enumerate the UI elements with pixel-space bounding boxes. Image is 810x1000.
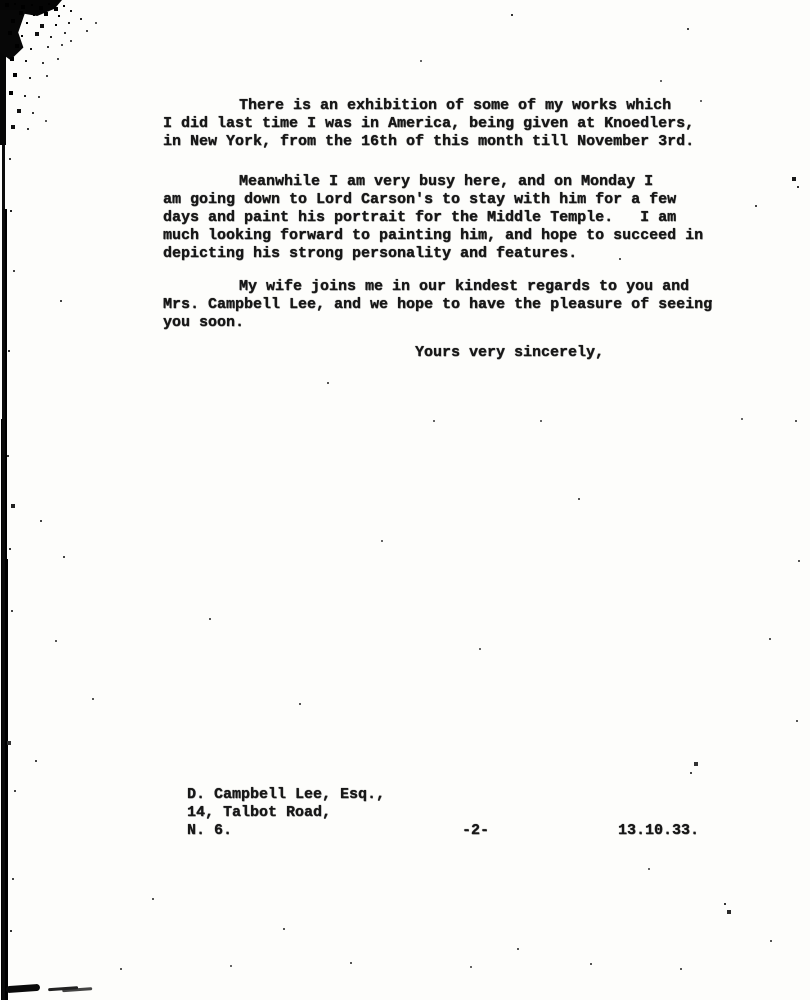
letter-paragraph: Meanwhile I am very busy here, and on Mo… bbox=[163, 173, 743, 263]
address-line: D. Campbell Lee, Esq., bbox=[187, 786, 385, 804]
letter-line: depicting his strong personality and fea… bbox=[163, 245, 743, 263]
address-line: 14, Talbot Road, bbox=[187, 804, 385, 822]
address-line: N. 6. bbox=[187, 822, 385, 840]
corner-ink-blot bbox=[0, 10, 26, 60]
letter-closing: Yours very sincerely, bbox=[163, 344, 743, 362]
letter-paragraph: My wife joins me in our kindest regards … bbox=[163, 278, 743, 332]
letter-paragraph: There is an exhibition of some of my wor… bbox=[163, 97, 743, 151]
recipient-address: D. Campbell Lee, Esq., 14, Talbot Road, … bbox=[187, 786, 385, 840]
letter-line: days and paint his portrait for the Midd… bbox=[163, 209, 743, 227]
date-stamp: 13.10.33. bbox=[618, 822, 699, 839]
letter-line: am going down to Lord Carson's to stay w… bbox=[163, 191, 743, 209]
scan-edge-line bbox=[2, 0, 5, 1000]
paper-noise-speckles bbox=[0, 0, 2, 2]
letter-line: Meanwhile I am very busy here, and on Mo… bbox=[163, 173, 743, 191]
letter-body: There is an exhibition of some of my wor… bbox=[163, 97, 743, 362]
letter-line: much looking forward to painting him, an… bbox=[163, 227, 743, 245]
letter-line: in New York, from the 16th of this month… bbox=[163, 133, 743, 151]
bottom-edge-blot bbox=[6, 984, 40, 993]
scanned-letter-page: There is an exhibition of some of my wor… bbox=[0, 0, 810, 1000]
letter-line: My wife joins me in our kindest regards … bbox=[163, 278, 743, 296]
letter-line: There is an exhibition of some of my wor… bbox=[163, 97, 743, 115]
letter-line: I did last time I was in America, being … bbox=[163, 115, 743, 133]
letter-line: you soon. bbox=[163, 314, 743, 332]
page-number: -2- bbox=[462, 822, 489, 839]
letter-line: Mrs. Campbell Lee, and we hope to have t… bbox=[163, 296, 743, 314]
